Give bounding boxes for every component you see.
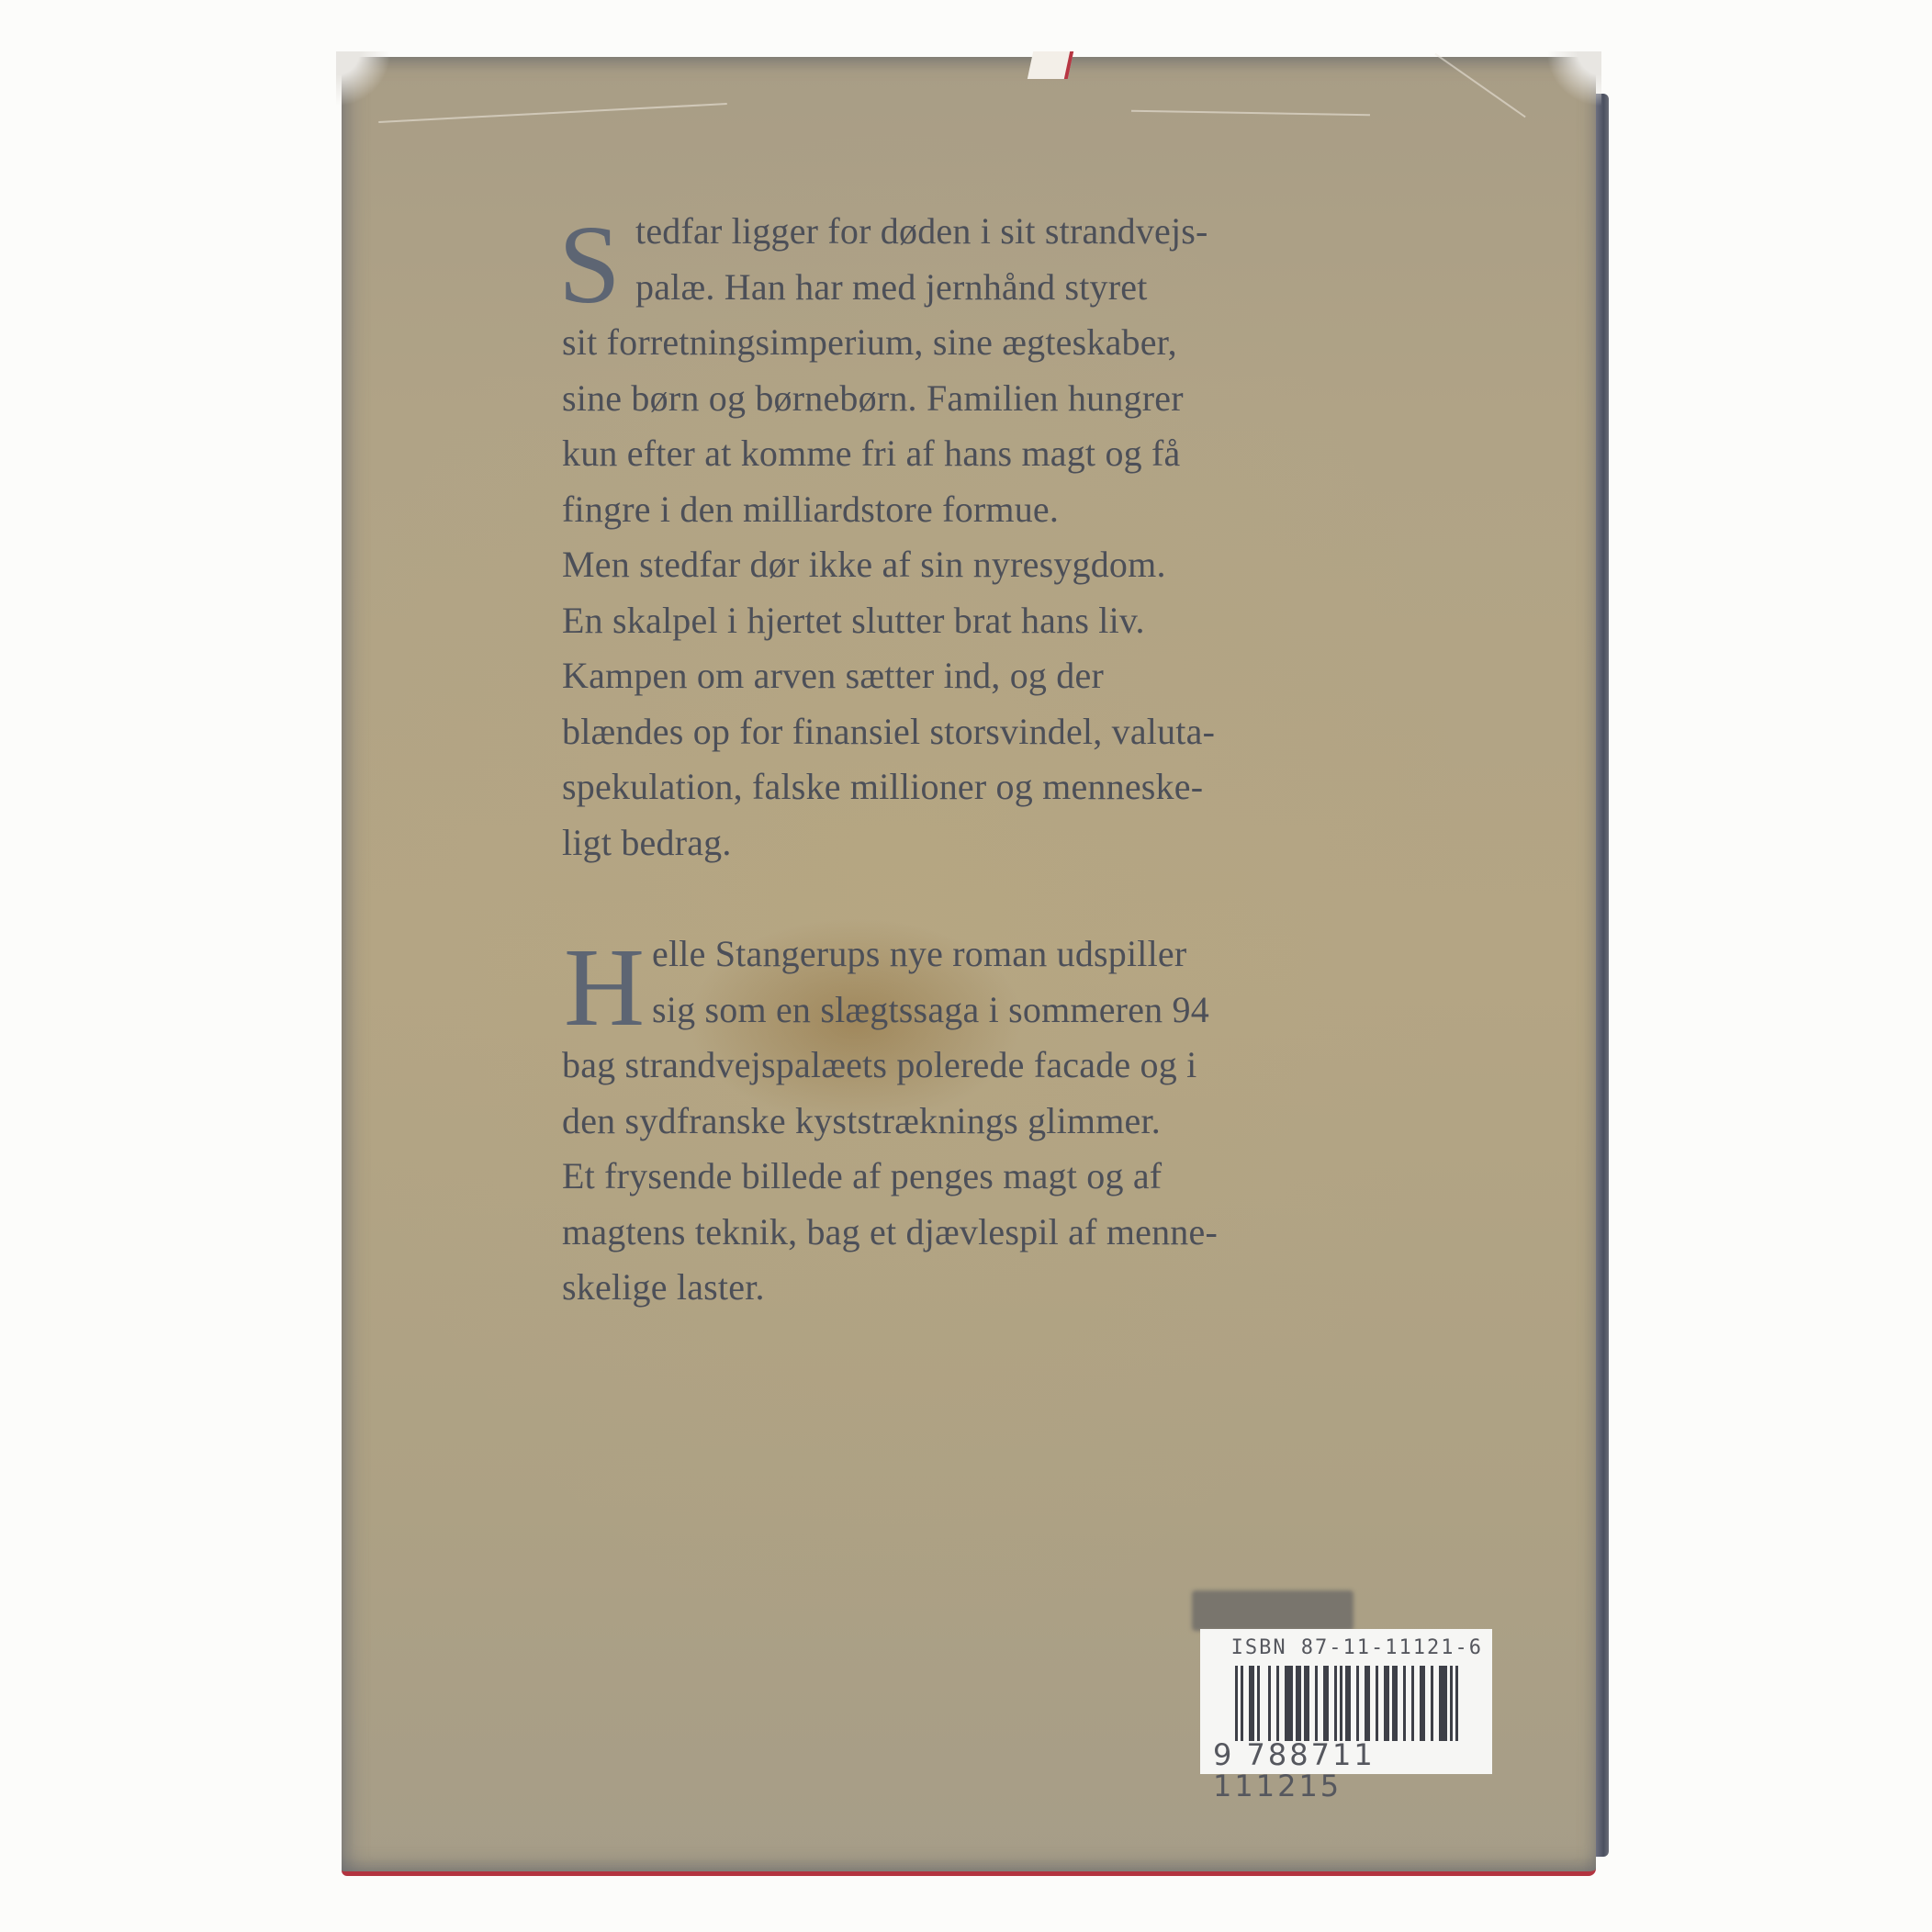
blurb-line: blændes op for finansiel storsvindel, va… xyxy=(562,704,1462,760)
blurb-line: magtens teknik, bag et djævlespil af men… xyxy=(562,1205,1462,1261)
blurb-paragraph-1: S tedfar ligger for døden i sit strandve… xyxy=(562,204,1462,871)
blurb-line: Kampen om arven sætter ind, og der xyxy=(562,648,1462,704)
crease-mark xyxy=(1434,53,1525,118)
blurb-text: S tedfar ligger for døden i sit strandve… xyxy=(562,204,1462,1316)
blurb-paragraph-2: H elle Stangerups nye roman udspiller si… xyxy=(562,927,1462,1316)
book-back-cover: S tedfar ligger for døden i sit strandve… xyxy=(342,57,1596,1876)
blurb-line: Men stedfar dør ikke af sin nyresygdom. xyxy=(562,537,1462,593)
ean-barcode-digits: 9 788711 111215 xyxy=(1213,1739,1483,1802)
crease-mark xyxy=(378,103,727,123)
blurb-line: En skalpel i hjertet slutter brat hans l… xyxy=(562,593,1462,649)
spine-edge xyxy=(1596,94,1609,1857)
isbn-barcode-label: ISBN 87-11-11121-6 xyxy=(1200,1629,1492,1774)
blurb-line: kun efter at komme fri af hans magt og f… xyxy=(562,426,1462,482)
blurb-line: tedfar ligger for døden i sit strandvejs… xyxy=(562,204,1462,260)
blurb-line: sig som en slægtssaga i sommeren 94 xyxy=(562,983,1462,1039)
blurb-line: fingre i den milliardstore formue. xyxy=(562,482,1462,538)
drop-cap: H xyxy=(564,932,645,1044)
blurb-line: sine børn og børnebørn. Familien hungrer xyxy=(562,371,1462,427)
blurb-line: palæ. Han har med jernhånd styret xyxy=(562,260,1462,316)
blurb-line: den sydfranske kyststræknings glimmer. xyxy=(562,1094,1462,1150)
torn-sticker-residue xyxy=(1192,1590,1354,1631)
crease-mark xyxy=(1131,110,1370,117)
blurb-line: sit forretningsimperium, sine ægteskaber… xyxy=(562,315,1462,371)
drop-cap: S xyxy=(558,209,621,321)
isbn-number: ISBN 87-11-11121-6 xyxy=(1213,1636,1483,1660)
blurb-line: bag strandvejspalæets polerede facade og… xyxy=(562,1038,1462,1094)
blurb-line: elle Stangerups nye roman udspiller xyxy=(562,927,1462,983)
worn-corner-top-left xyxy=(336,51,391,107)
blurb-line: Et frysende billede af penges magt og af xyxy=(562,1149,1462,1205)
barcode-icon xyxy=(1235,1666,1483,1741)
torn-dust-jacket-edge xyxy=(1028,51,1073,79)
blurb-line: spekulation, falske millioner og mennesk… xyxy=(562,759,1462,815)
worn-corner-top-right xyxy=(1546,51,1601,107)
blurb-line: ligt bedrag. xyxy=(562,815,1462,871)
blurb-line: skelige laster. xyxy=(562,1260,1462,1316)
